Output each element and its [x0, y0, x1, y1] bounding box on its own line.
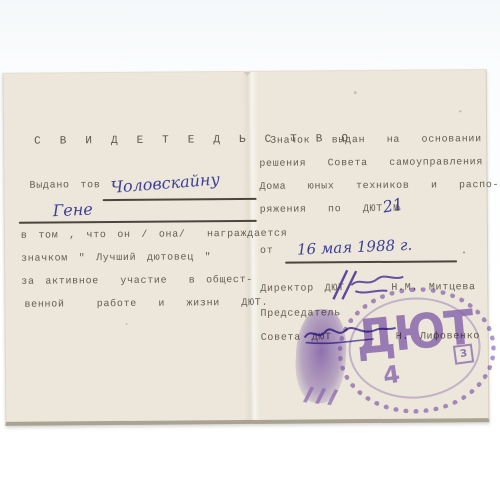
order-number-handwritten: 21: [381, 194, 404, 216]
stamp-box-mark: З: [453, 343, 474, 364]
paper-speck: [459, 110, 462, 112]
body-line-4: венной работе и жизни ДЮТ.: [24, 298, 268, 311]
body-line-2: значком " Лучший дютовец ": [21, 252, 211, 264]
paper-speck: [126, 323, 128, 325]
body-line-1: в том , что он / она/ награждается: [21, 229, 288, 242]
name-underline-2: [19, 220, 257, 224]
date-handwritten: 16 мая 1988 г.: [297, 236, 413, 259]
paper-speck: [354, 91, 357, 94]
name-underline-1: [103, 198, 257, 201]
recipient-surname-handwritten: Чоловскайну: [110, 169, 220, 196]
body-line-3: за активное участие в общест-: [21, 275, 253, 288]
issued-to-label: Выдано тов .: [29, 180, 118, 192]
date-suffix-period: .: [461, 246, 468, 257]
basis-line-2: решения Совета самоуправления: [259, 157, 483, 170]
fold-crease: [242, 72, 261, 420]
gear-stamp: ДЮТ З 4: [290, 283, 495, 423]
scanned-certificate-photo: С В И Д Е Т Е Д Ь С Т В О Выдано тов . Ч…: [0, 0, 500, 500]
basis-line-3: Дома юных техников и распо-: [259, 180, 499, 193]
certificate-card: С В И Д Е Т Е Д Ь С Т В О Выдано тов . Ч…: [3, 69, 490, 426]
recipient-name-handwritten: Гене: [52, 200, 93, 221]
basis-line-4: ряжения по ДЮТ №: [260, 204, 401, 216]
basis-line-1: Значок выдан на основании: [270, 134, 482, 147]
date-prefix: от: [260, 246, 273, 257]
date-underline: [285, 260, 457, 263]
